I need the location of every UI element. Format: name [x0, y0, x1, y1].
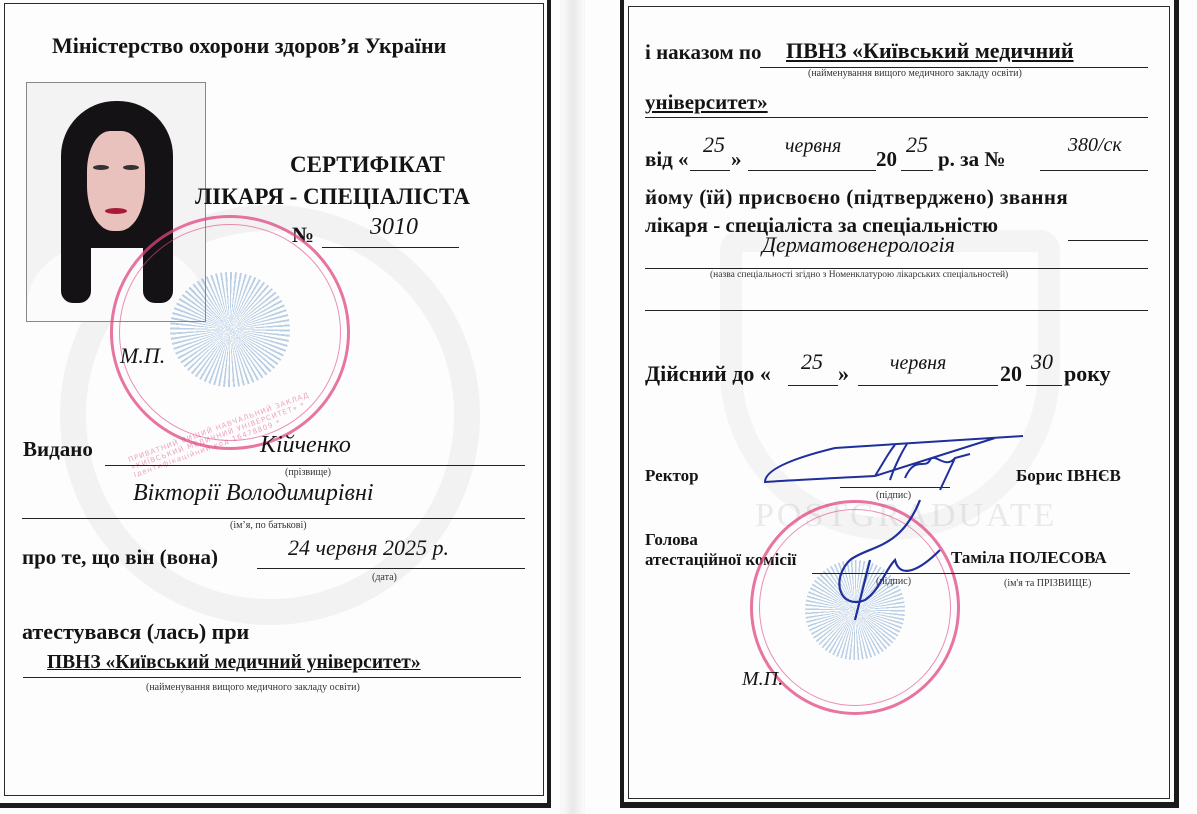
order-day-underline [690, 170, 730, 171]
photo-eye-right [123, 165, 139, 170]
valid-until-label: Дійсний до « [645, 361, 771, 387]
order-number-underline [1040, 170, 1148, 171]
specialty-value: Дерматовенерологія [762, 232, 955, 258]
page-fold [562, 0, 584, 814]
commission-name-caption: (ім'я та ПРІЗВИЩЕ) [1004, 578, 1091, 589]
order-institution-line2: університет» [645, 90, 768, 115]
valid-year-prefix: 20 [1000, 361, 1022, 387]
date-underline [257, 568, 525, 569]
commission-label-line1: Голова [645, 530, 698, 550]
certificate-number: 3010 [370, 214, 418, 241]
valid-year-suffix: 30 [1031, 349, 1053, 375]
issued-label: Видано [23, 437, 93, 462]
order-month-underline [748, 170, 876, 171]
given-names-value: Вікторії Володимирівні [133, 480, 374, 507]
ministry-heading: Міністерство охорони здоров’я України [52, 33, 446, 59]
surname-value: Кійченко [260, 432, 351, 459]
valid-day-underline [788, 385, 838, 386]
attested-label: атестувався (лась) при [22, 619, 249, 645]
photo-eye-left [93, 165, 109, 170]
attested-institution: ПВНЗ «Київський медичний університет» [47, 652, 421, 674]
specialty-caption: (назва спеціальності згідно з Номенклату… [710, 270, 1008, 280]
given-names-underline [22, 518, 525, 519]
order-date-from: від « [645, 147, 689, 172]
specialty-underline [645, 268, 1148, 269]
rector-label: Ректор [645, 466, 699, 486]
order-year-prefix: 20 [876, 147, 897, 172]
photo-lips [105, 208, 127, 214]
order-institution-line2-underline [645, 117, 1148, 118]
valid-year-word: року [1064, 361, 1111, 387]
date-caption: (дата) [372, 572, 397, 583]
institution-underline [23, 677, 521, 678]
photo-hair-left [61, 233, 91, 303]
about-label: про те, що він (вона) [22, 545, 218, 570]
order-month: червня [785, 135, 841, 158]
order-label: і наказом по [645, 40, 762, 65]
specialty-extra-underline [645, 310, 1148, 311]
valid-day: 25 [801, 349, 823, 375]
attestation-date: 24 червня 2025 р. [288, 535, 449, 561]
surname-caption: (прізвище) [285, 467, 331, 478]
commission-name: Таміла ПОЛЕСОВА [951, 548, 1107, 568]
number-underline [322, 247, 459, 248]
certificate-title-line1: СЕРТИФІКАТ [290, 152, 445, 178]
order-institution-line1: ПВНЗ «Київський медичний [786, 38, 1074, 64]
rector-name: Борис ІВНЄВ [1016, 466, 1121, 486]
commission-name-underline [935, 573, 1130, 574]
certificate-title-line2: ЛІКАРЯ - СПЕЦІАЛІСТА [195, 184, 470, 210]
order-year-underline [901, 170, 933, 171]
given-names-caption: (ім’я, по батькові) [230, 520, 307, 531]
order-day: 25 [703, 132, 725, 158]
order-institution-caption: (найменування вищого медичного закладу о… [808, 68, 1022, 79]
surname-underline [105, 465, 525, 466]
valid-quote-close: » [838, 361, 849, 387]
order-number: 380/ск [1068, 134, 1122, 157]
left-seal-stamp-center [170, 272, 290, 387]
assigned-line1: йому (їй) присвоєно (підтверджено) званн… [645, 185, 1068, 210]
institution-caption: (найменування вищого медичного закладу о… [146, 682, 360, 693]
order-year-suffix: 25 [906, 132, 928, 158]
valid-month-underline [858, 385, 998, 386]
photo-face [87, 131, 145, 231]
order-number-label: р. за № [938, 147, 1005, 172]
right-seal-label: М.П. [742, 668, 783, 691]
order-quote-close: » [731, 147, 742, 172]
left-seal-label: М.П. [120, 343, 165, 369]
assigned-line2-underline [1068, 240, 1148, 241]
valid-month: червня [890, 352, 946, 375]
valid-year-underline [1026, 385, 1062, 386]
commission-signature [810, 490, 950, 630]
